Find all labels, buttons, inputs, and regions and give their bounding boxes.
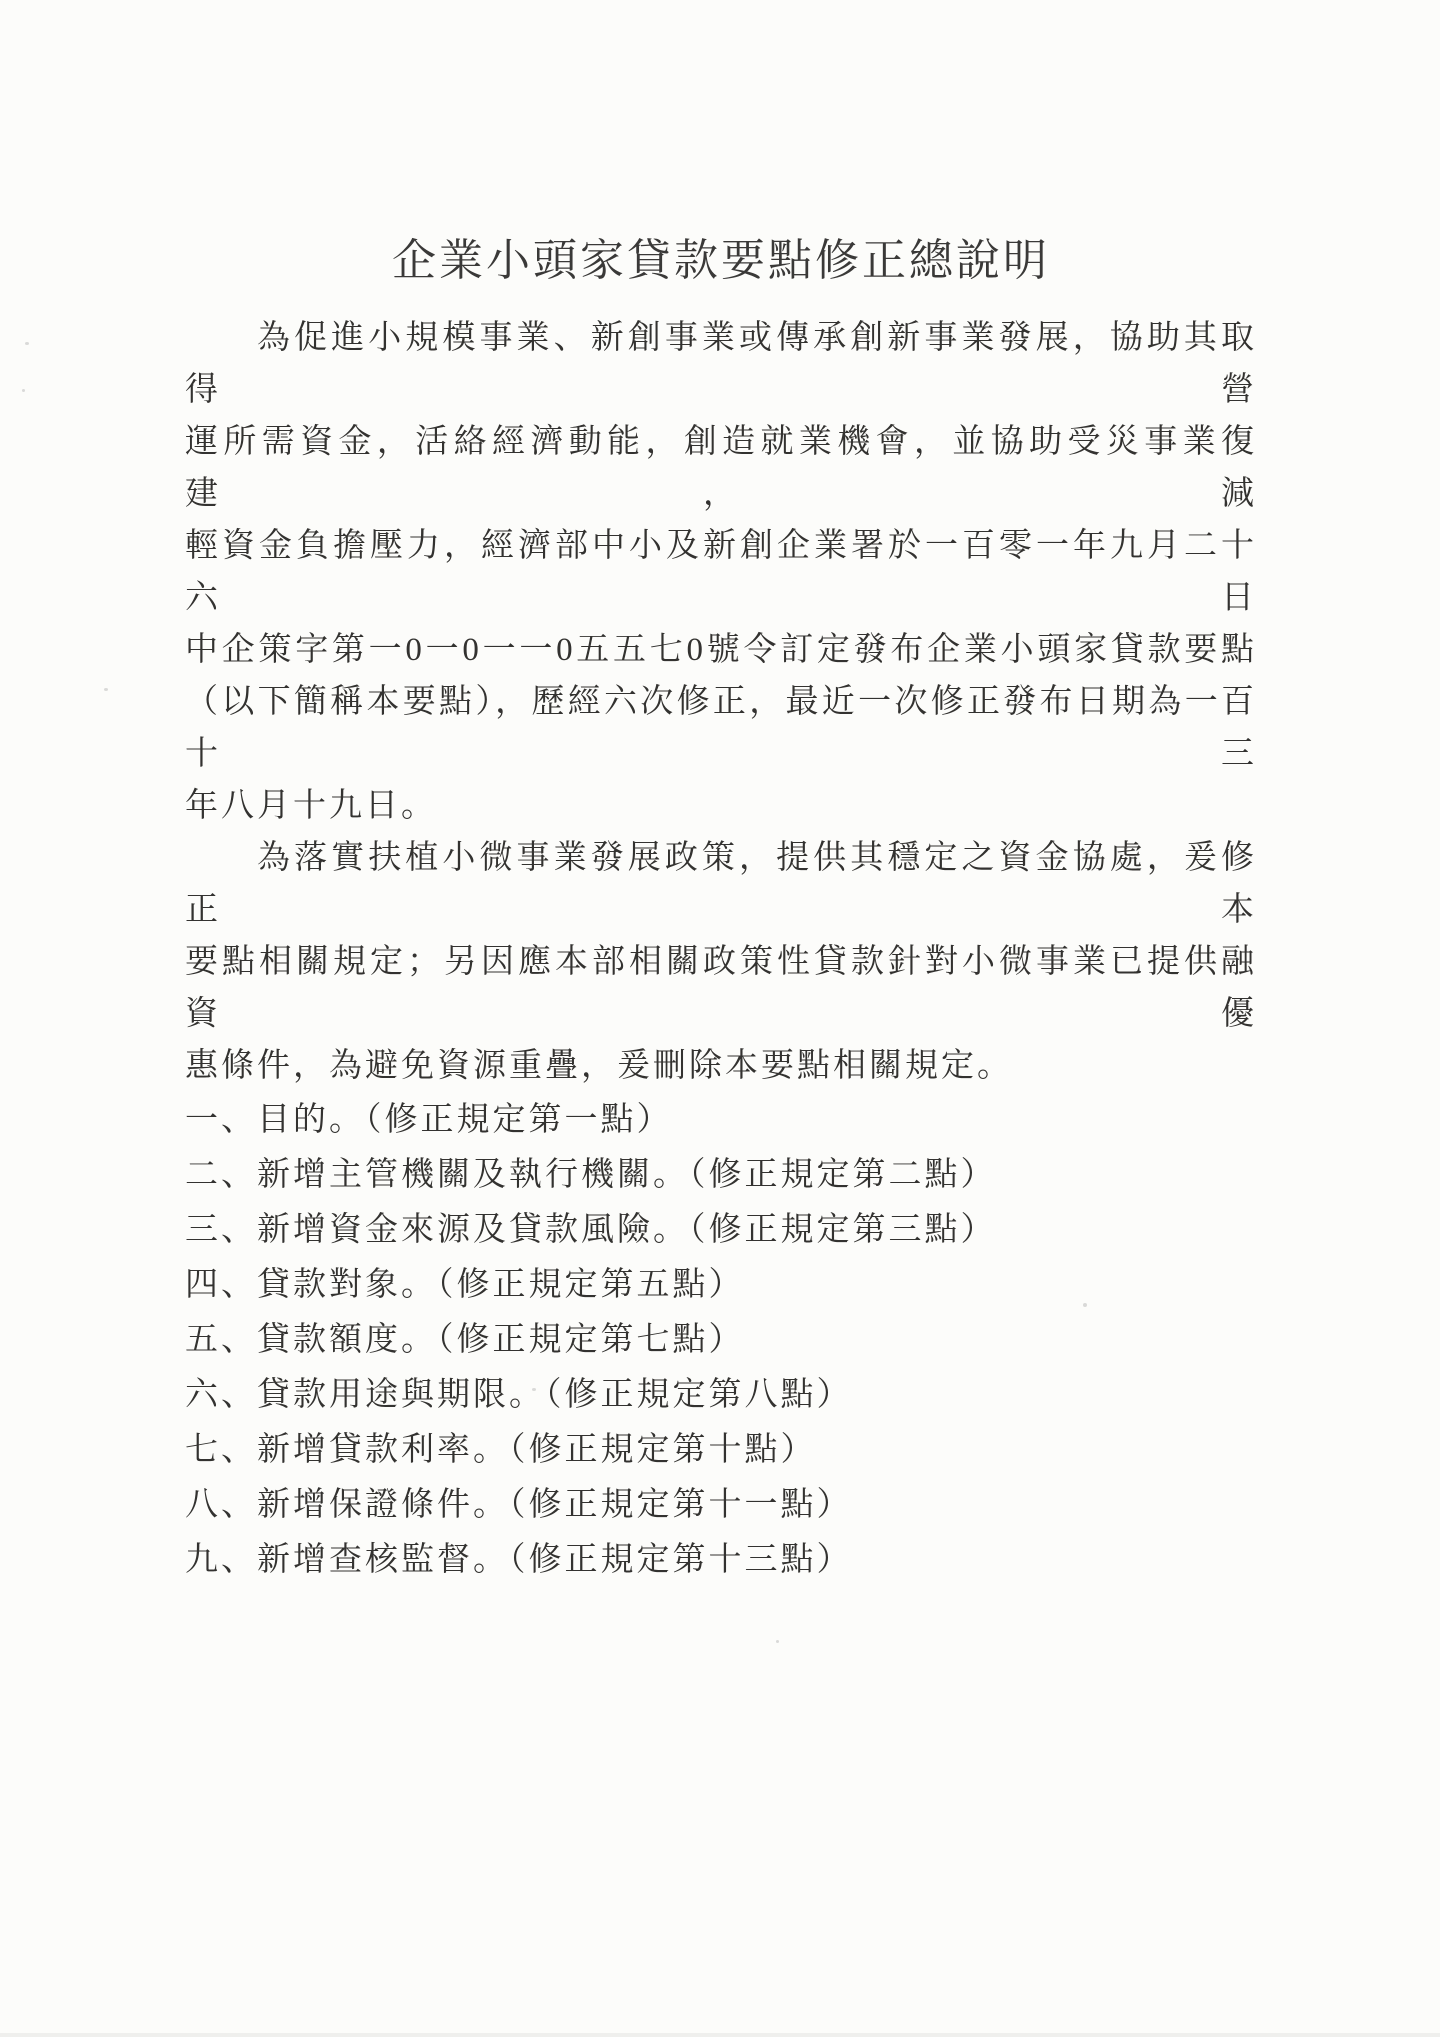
paragraph-2-line: 惠條件，為避免資源重疊，爰刪除本要點相關規定。 — [185, 1040, 1257, 1092]
scan-speck — [25, 342, 29, 345]
paragraph-1-line: （以下簡稱本要點），歷經六次修正，最近一次修正發布日期為一百十三 — [185, 676, 1257, 780]
list-item: 四、貸款對象。（修正規定第五點） — [185, 1258, 1257, 1313]
list-item: 一、目的。（修正規定第一點） — [185, 1093, 1257, 1148]
amendment-list: 一、目的。（修正規定第一點） 二、新增主管機關及執行機關。（修正規定第二點） 三… — [185, 1093, 1257, 1588]
list-item: 二、新增主管機關及執行機關。（修正規定第二點） — [185, 1148, 1257, 1203]
document-body: 為促進小規模事業、新創事業或傳承創新事業發展，協助其取得營 運所需資金，活絡經濟… — [185, 312, 1257, 1588]
document-title: 企業小頭家貸款要點修正總說明 — [185, 224, 1257, 288]
list-item: 七、新增貸款利率。（修正規定第十點） — [185, 1423, 1257, 1478]
paragraph-1-line: 輕資金負擔壓力，經濟部中小及新創企業署於一百零一年九月二十六日 — [185, 520, 1257, 624]
paragraph-1-line: 為促進小規模事業、新創事業或傳承創新事業發展，協助其取得營 — [185, 312, 1257, 416]
list-item: 五、貸款額度。（修正規定第七點） — [185, 1313, 1257, 1368]
paragraph-1-line: 運所需資金，活絡經濟動能，創造就業機會，並協助受災事業復建，減 — [185, 416, 1257, 520]
paragraph-1-line: 中企策字第一0一0一一0五五七0號令訂定發布企業小頭家貸款要點 — [185, 624, 1257, 676]
paragraph-2-line: 為落實扶植小微事業發展政策，提供其穩定之資金協處，爰修正本 — [185, 832, 1257, 936]
scanned-document-page: 企業小頭家貸款要點修正總說明 為促進小規模事業、新創事業或傳承創新事業發展，協助… — [0, 0, 1440, 2037]
scan-speck — [776, 1640, 779, 1643]
paragraph-1: 為促進小規模事業、新創事業或傳承創新事業發展，協助其取得營 運所需資金，活絡經濟… — [185, 312, 1257, 832]
scan-speck — [104, 688, 108, 691]
list-item: 九、新增查核監督。（修正規定第十三點） — [185, 1533, 1257, 1588]
scan-speck — [22, 389, 25, 392]
list-item: 八、新增保證條件。（修正規定第十一點） — [185, 1478, 1257, 1533]
list-item: 三、新增資金來源及貸款風險。（修正規定第三點） — [185, 1203, 1257, 1258]
paragraph-2-line: 要點相關規定；另因應本部相關政策性貸款針對小微事業已提供融資優 — [185, 936, 1257, 1040]
paragraph-2: 為落實扶植小微事業發展政策，提供其穩定之資金協處，爰修正本 要點相關規定；另因應… — [185, 832, 1257, 1092]
paragraph-1-line: 年八月十九日。 — [185, 780, 1257, 832]
list-item: 六、貸款用途與期限。（修正規定第八點） — [185, 1368, 1257, 1423]
